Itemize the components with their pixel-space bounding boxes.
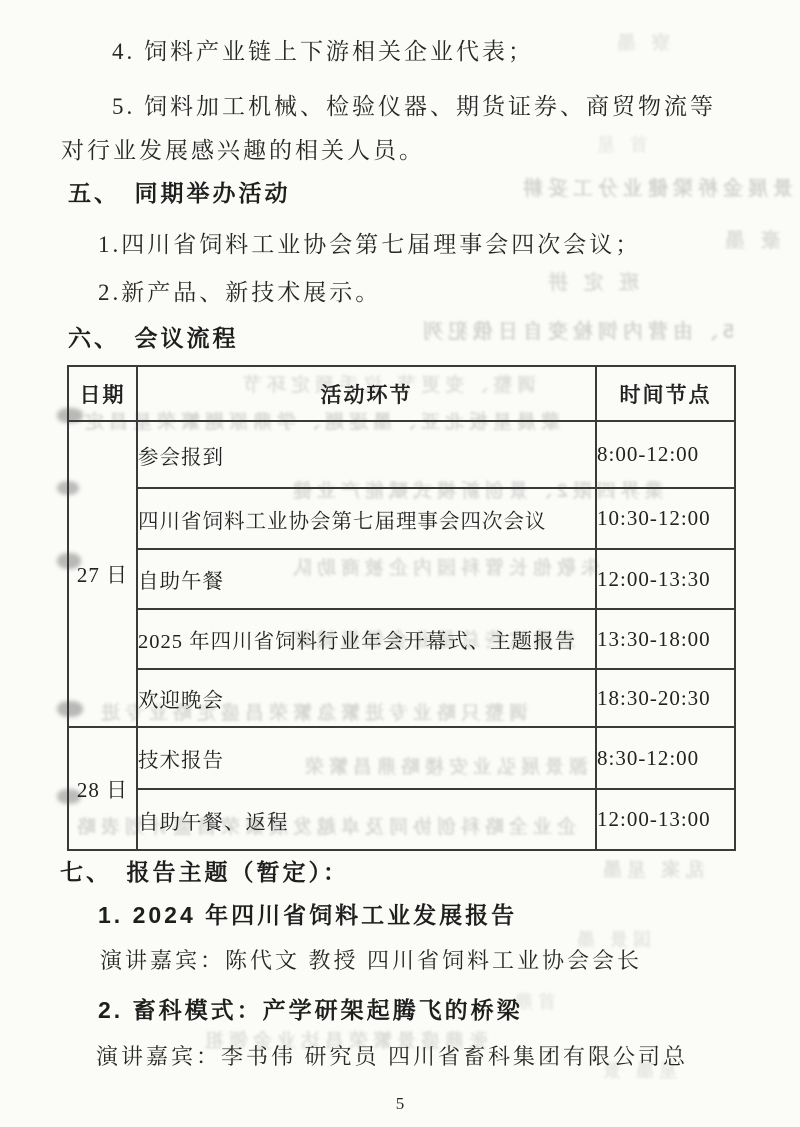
bleedthrough-text: 4、景展金桥梁健业分工妥耕	[518, 172, 800, 201]
table-row: 自助午餐、返程 12:00-13:00	[68, 789, 735, 850]
time-cell: 10:30-12:00	[596, 488, 735, 549]
report-1-speaker: 演讲嘉宾：陈代文 教授 四川省饲料工业协会会长	[100, 944, 642, 975]
table-row: 自助午餐 12:00-13:30	[68, 549, 735, 609]
activity-cell: 自助午餐	[137, 549, 596, 609]
activity-cell: 参会报到	[137, 421, 596, 488]
activity-cell: 2025 年四川省饲料行业年会开幕式、主题报告	[137, 609, 596, 669]
time-cell: 12:00-13:00	[596, 789, 735, 850]
report-2-speaker: 演讲嘉宾：李书伟 研究员 四川省畜科集团有限公司总	[96, 1040, 688, 1071]
concurrent-event-item-1: 1.四川省饲料工业协会第七届理事会四次会议；	[98, 226, 641, 259]
report-1-title: 1. 2024 年四川省饲料工业发展报告	[98, 897, 517, 930]
date-cell-27: 27 日	[68, 421, 137, 727]
time-cell: 18:30-20:30	[596, 669, 735, 727]
table-row: 四川省饲料工业协会第七届理事会四次会议 10:30-12:00	[68, 488, 735, 549]
bleedthrough-text: 首 星	[592, 131, 648, 157]
table-row: 27 日 参会报到 8:00-12:00	[68, 421, 735, 488]
scanned-document-page: 寮 墨 首 星 4、景展金桥梁健业分工妥耕 豪 墨 班 定 拼 5、由营内饲检变…	[0, 0, 800, 1127]
table-row: 2025 年四川省饲料行业年会开幕式、主题报告 13:30-18:00	[68, 609, 735, 669]
date-cell-28: 28 日	[68, 727, 137, 850]
schedule-table: 日期 活动环节 时间节点 27 日 参会报到 8:00-12:00 四川省饲料工…	[67, 365, 736, 851]
activity-cell: 技术报告	[137, 727, 596, 789]
list-item-5: 5. 饲料加工机械、检验仪器、期货证券、商贸物流等	[112, 88, 716, 121]
section-heading-meeting-schedule: 六、 会议流程	[68, 320, 239, 353]
activity-cell: 欢迎晚会	[137, 669, 596, 727]
table-row: 欢迎晚会 18:30-20:30	[68, 669, 735, 727]
column-header-activity: 活动环节	[137, 366, 596, 421]
report-2-title: 2. 畜科模式：产学研架起腾飞的桥梁	[98, 992, 523, 1025]
time-cell: 12:00-13:30	[596, 549, 735, 609]
bleedthrough-text: 5、由营内饲检变自日俄犯列	[418, 315, 734, 344]
time-cell: 8:00-12:00	[596, 421, 735, 488]
bleedthrough-text: 豪 墨	[720, 224, 781, 253]
column-header-date: 日期	[68, 366, 137, 421]
time-cell: 8:30-12:00	[596, 727, 735, 789]
section-heading-report-topics: 七、 报告主题（暂定）：	[60, 854, 349, 887]
activity-cell: 四川省饲料工业协会第七届理事会四次会议	[137, 488, 596, 549]
activity-cell: 自助午餐、返程	[137, 789, 596, 850]
table-header-row: 日期 活动环节 时间节点	[68, 366, 735, 421]
page-number: 5	[0, 1094, 800, 1114]
concurrent-event-item-2: 2.新产品、新技术展示。	[98, 274, 381, 307]
list-item-4: 4. 饲料产业链上下游相关企业代表；	[112, 33, 534, 66]
column-header-time: 时间节点	[596, 366, 735, 421]
list-item-5-continuation: 对行业发展感兴趣的相关人员。	[61, 132, 425, 165]
bleedthrough-text: 班 定 拼	[543, 266, 639, 295]
bleedthrough-text: 乱案 星墨	[598, 855, 704, 882]
table-row: 28 日 技术报告 8:30-12:00	[68, 727, 735, 789]
section-heading-concurrent-events: 五、 同期举办活动	[68, 175, 291, 208]
bleedthrough-text: 寮 墨	[612, 28, 670, 55]
time-cell: 13:30-18:00	[596, 609, 735, 669]
